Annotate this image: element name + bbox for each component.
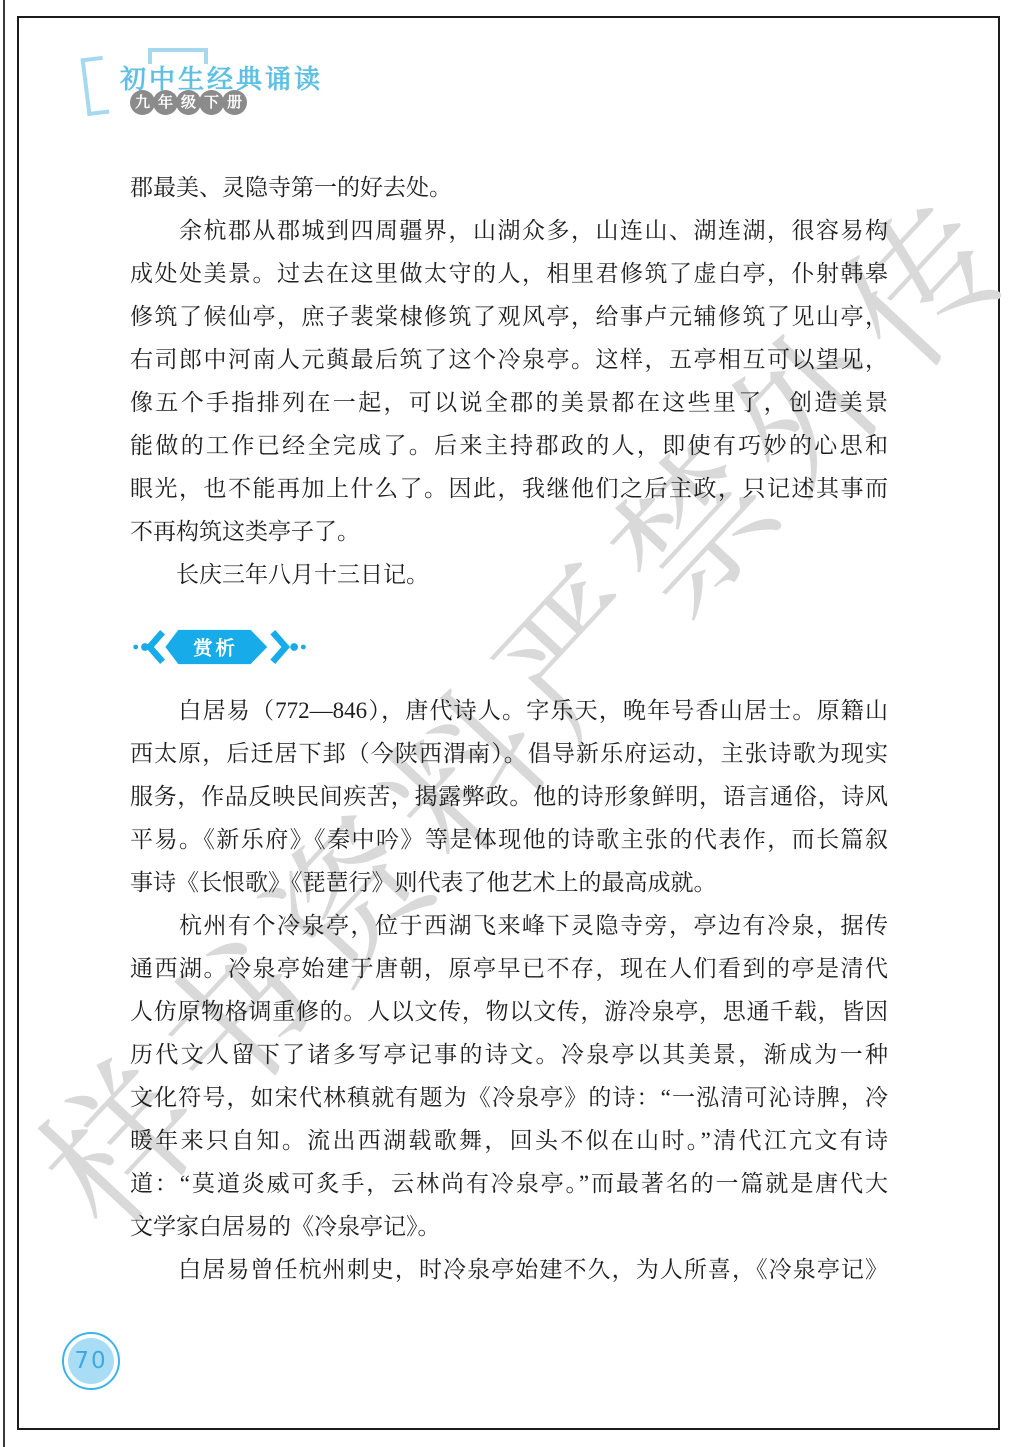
book-page: 样书资料严禁外传 初中生经典诵读 九年级下册 郡最美、灵隐寺第一的好去处。 余杭…: [0, 0, 1016, 1447]
text-line: 通西湖。冷泉亭始建于唐朝，原亭早已不存，现在人们看到的亭是清代: [130, 947, 888, 990]
volume-badge: 九年级下册: [130, 90, 245, 115]
book-icon: [81, 56, 110, 116]
text-line: 郡最美、灵隐寺第一的好去处。: [130, 166, 888, 209]
text-line: 杭州有个冷泉亭，位于西湖飞来峰下灵隐寺旁，亭边有冷泉，据传: [130, 904, 888, 947]
paragraph: 白居易曾任杭州刺史，时冷泉亭始建不久，为人所喜，《冷泉亭记》: [130, 1248, 888, 1291]
text-line: 西太原，后迁居下邽（今陕西渭南）。倡导新乐府运动，主张诗歌为现实: [130, 732, 888, 775]
text-line: 能做的工作已经全完成了。后来主持郡政的人，即使有巧妙的心思和: [130, 424, 888, 467]
text-line: 像五个手指排列在一起，可以说全郡的美景都在这些里了，创造美景: [130, 381, 888, 424]
section-badge-label: 赏析: [193, 636, 237, 659]
text-line: 历代文人留下了诸多写亭记事的诗文。冷泉亭以其美景，渐成为一种: [130, 1033, 888, 1076]
text-line: 右司郎中河南人元藇最后筑了这个冷泉亭。这样，五亭相互可以望见，: [130, 338, 888, 381]
paragraph: 长庆三年八月十三日记。: [130, 553, 888, 596]
appreciation-text: 白居易（772—846），唐代诗人。字乐天，晚年号香山居士。原籍山西太原，后迁居…: [130, 689, 888, 1291]
volume-char-circle: 级: [176, 90, 201, 115]
text-line: 白居易曾任杭州刺史，时冷泉亭始建不久，为人所喜，《冷泉亭记》: [130, 1248, 888, 1291]
text-line: 服务，作品反映民间疾苦，揭露弊政。他的诗形象鲜明，语言通俗，诗风: [130, 775, 888, 818]
volume-char-circle: 九: [130, 90, 155, 115]
page-number-badge: 70: [62, 1332, 120, 1390]
page-number-circle: 70: [68, 1338, 114, 1384]
text-line: 文学家白居易的《冷泉亭记》。: [130, 1205, 888, 1248]
text-line: 文化符号，如宋代林稹就有题为《冷泉亭》的诗：“一泓清可沁诗脾，冷: [130, 1076, 888, 1119]
paragraph: 余杭郡从郡城到四周疆界，山湖众多，山连山、湖连湖，很容易构成处处美景。过去在这里…: [130, 209, 888, 553]
text-line: 长庆三年八月十三日记。: [130, 553, 888, 596]
volume-char-circle: 册: [222, 90, 247, 115]
page-number: 70: [74, 1348, 107, 1374]
volume-char-circle: 年: [153, 90, 178, 115]
text-line: 道：“莫道炎威可炙手，云林尚有冷泉亭。”而最著名的一篇就是唐代大: [130, 1162, 888, 1205]
appreciation-badge-icon: 赏析: [132, 628, 308, 666]
paragraph: 白居易（772—846），唐代诗人。字乐天，晚年号香山居士。原籍山西太原，后迁居…: [130, 689, 888, 904]
text-line: 暖年来只自知。流出西湖载歌舞，回头不似在山时。”清代江亢文有诗: [130, 1119, 888, 1162]
text-line: 眼光，也不能再加上什么了。因此，我继他们之后主政，只记述其事而: [130, 467, 888, 510]
text-line: 成处处美景。过去在这里做太守的人，相里君修筑了虚白亭，仆射韩皋: [130, 252, 888, 295]
text-line: 不再构筑这类亭子了。: [130, 510, 888, 553]
translation-text: 郡最美、灵隐寺第一的好去处。 余杭郡从郡城到四周疆界，山湖众多，山连山、湖连湖，…: [130, 166, 888, 596]
text-line: 人仿原物格调重修的。人以文传，物以文传，游冷泉亭，思通千载，皆因: [130, 990, 888, 1033]
page-content: 郡最美、灵隐寺第一的好去处。 余杭郡从郡城到四周疆界，山湖众多，山连山、湖连湖，…: [130, 166, 888, 1291]
section-badge: 赏析: [132, 628, 888, 666]
page-edge-line: [3, 0, 5, 1447]
text-line: 白居易（772—846），唐代诗人。字乐天，晚年号香山居士。原籍山: [130, 689, 888, 732]
paragraph: 杭州有个冷泉亭，位于西湖飞来峰下灵隐寺旁，亭边有冷泉，据传通西湖。冷泉亭始建于唐…: [130, 904, 888, 1248]
text-line: 余杭郡从郡城到四周疆界，山湖众多，山连山、湖连湖，很容易构: [130, 209, 888, 252]
text-line: 事诗《长恨歌》《琵琶行》则代表了他艺术上的最高成就。: [130, 861, 888, 904]
text-line: 修筑了候仙亭，庶子裴棠棣修筑了观风亭，给事卢元辅修筑了见山亭，: [130, 295, 888, 338]
text-line: 平易。《新乐府》《秦中吟》等是体现他的诗歌主张的代表作，而长篇叙: [130, 818, 888, 861]
volume-char-circle: 下: [199, 90, 224, 115]
paragraph: 郡最美、灵隐寺第一的好去处。: [130, 166, 888, 209]
book-logo: 初中生经典诵读 九年级下册: [84, 46, 324, 118]
